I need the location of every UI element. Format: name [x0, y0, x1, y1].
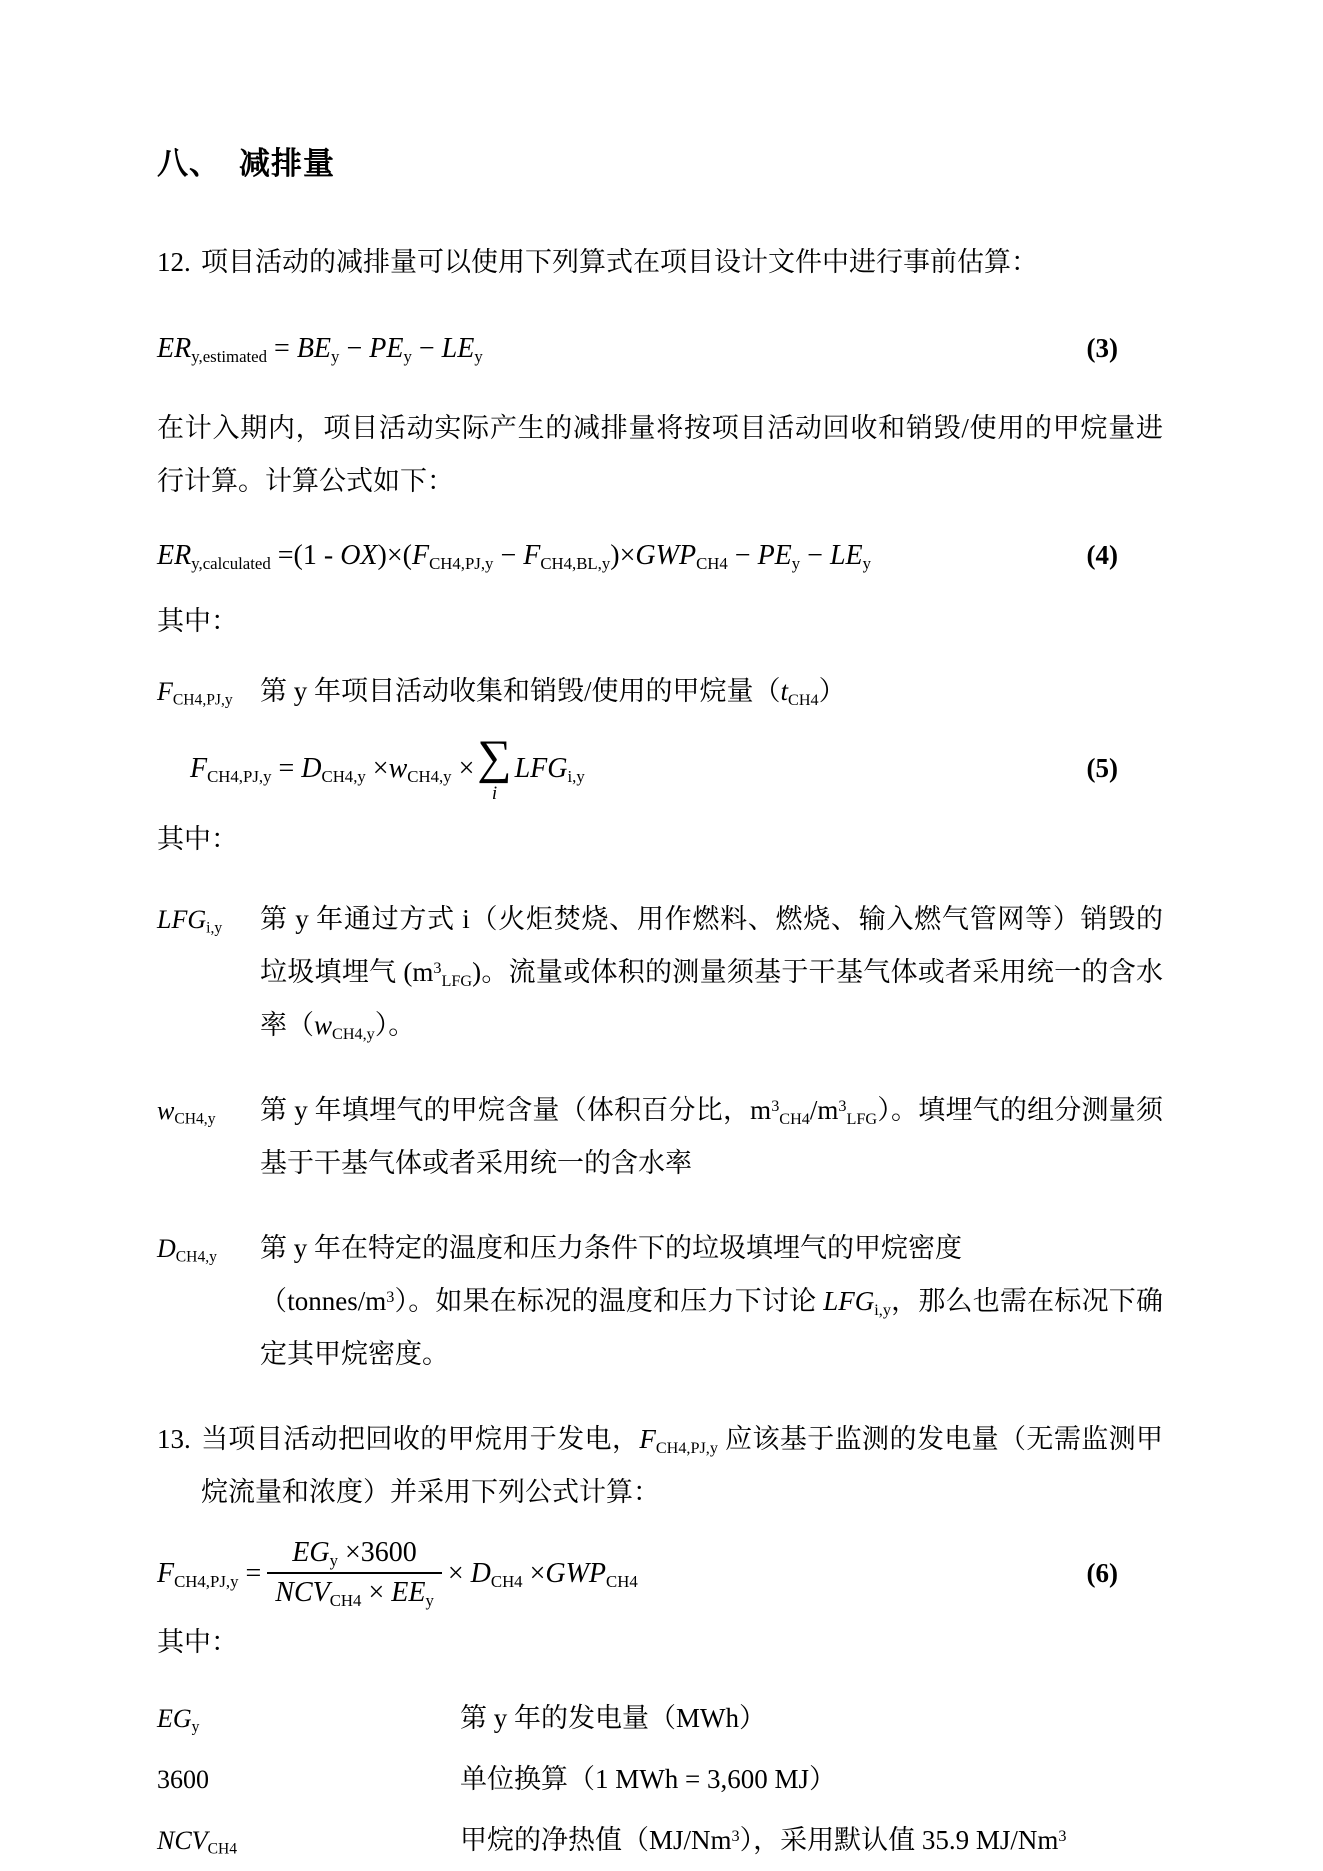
- equation-6-lhs: FCH4,PJ,y =: [157, 1556, 261, 1591]
- definition-wch4-desc: 第 y 年填埋气的甲烷含量（体积百分比，m3CH4/m3LFG）。填埋气的组分测…: [260, 1084, 1163, 1190]
- equation-4: ERy,calculated =(1 - OX)×(FCH4,PJ,y − FC…: [157, 538, 1163, 573]
- definition-wch4-term: wCH4,y: [157, 1084, 260, 1190]
- equation-3-body: ERy,estimated = BEy − PEy − LEy: [157, 331, 1087, 366]
- definition-ncv-term: NCVCH4: [157, 1814, 460, 1867]
- section-heading: 八、减排量: [157, 142, 1163, 186]
- paragraph-13: 13. 当项目活动把回收的甲烷用于发电，FCH4,PJ,y 应该基于监测的发电量…: [157, 1413, 1163, 1519]
- equation-4-number: (4): [1087, 539, 1118, 573]
- definition-fch4: FCH4,PJ,y 第 y 年项目活动收集和销毁/使用的甲烷量（tCH4）: [157, 665, 1163, 718]
- definition-lfg-term: LFGi,y: [157, 893, 260, 1052]
- fraction-denominator: NCVCH4 × EEy: [267, 1572, 442, 1611]
- paragraph-12-text: 项目活动的减排量可以使用下列算式在项目设计文件中进行事前估算：: [201, 236, 1163, 289]
- definition-ncv-desc: 甲烷的净热值（MJ/Nm3），采用默认值 35.9 MJ/Nm3: [460, 1814, 1163, 1867]
- section-number: 八、: [157, 146, 221, 181]
- definition-dch4: DCH4,y 第 y 年在特定的温度和压力条件下的垃圾填埋气的甲烷密度（tonn…: [157, 1222, 1163, 1381]
- definition-fch4-term: FCH4,PJ,y: [157, 665, 260, 718]
- equation-5-lhs: FCH4,PJ,y = DCH4,y ×wCH4,y ×: [190, 751, 474, 786]
- equation-6-rhs: × DCH4 ×GWPCH4: [448, 1556, 638, 1591]
- section-title: 减排量: [239, 146, 335, 181]
- among-label-2: 其中：: [157, 819, 1163, 859]
- document-page: 八、减排量 12. 项目活动的减排量可以使用下列算式在项目设计文件中进行事前估算…: [0, 0, 1323, 1871]
- definition-lfg: LFGi,y 第 y 年通过方式 i（火炬焚烧、用作燃料、燃烧、输入燃气管网等）…: [157, 893, 1163, 1052]
- equation-4-body: ERy,calculated =(1 - OX)×(FCH4,PJ,y − FC…: [157, 538, 1087, 573]
- definition-3600: 3600 单位换算（1 MWh = 3,600 MJ）: [157, 1753, 1163, 1806]
- summation-index: i: [492, 784, 497, 803]
- sigma-glyph: ∑: [477, 734, 511, 782]
- equation-5-rhs: LFGi,y: [515, 751, 585, 786]
- definition-fch4-desc: 第 y 年项目活动收集和销毁/使用的甲烷量（tCH4）: [260, 665, 1163, 718]
- definition-dch4-desc: 第 y 年在特定的温度和压力条件下的垃圾填埋气的甲烷密度（tonnes/m3）。…: [260, 1222, 1163, 1381]
- definition-3600-term: 3600: [157, 1753, 460, 1806]
- fraction-numerator: EGy ×3600: [284, 1535, 425, 1572]
- paragraph-between: 在计入期内，项目活动实际产生的减排量将按项目活动回收和销毁/使用的甲烷量进行计算…: [157, 402, 1163, 508]
- among-label-1: 其中：: [157, 601, 1163, 641]
- equation-3-number: (3): [1087, 332, 1118, 366]
- paragraph-13-number: 13.: [157, 1413, 201, 1519]
- equation-6-number: (6): [1087, 1557, 1118, 1591]
- definition-3600-desc: 单位换算（1 MWh = 3,600 MJ）: [460, 1753, 1163, 1806]
- definition-wch4: wCH4,y 第 y 年填埋气的甲烷含量（体积百分比，m3CH4/m3LFG）。…: [157, 1084, 1163, 1190]
- equation-6: FCH4,PJ,y = EGy ×3600 NCVCH4 × EEy × DCH…: [157, 1535, 1163, 1612]
- equation-3: ERy,estimated = BEy − PEy − LEy (3): [157, 331, 1163, 366]
- summation-symbol: ∑ i: [477, 734, 511, 803]
- equation-6-body: FCH4,PJ,y = EGy ×3600 NCVCH4 × EEy × DCH…: [157, 1535, 1087, 1612]
- definition-eg-term: EGy: [157, 1692, 460, 1745]
- equation-5-body: FCH4,PJ,y = DCH4,y ×wCH4,y × ∑ i LFGi,y: [157, 734, 1087, 803]
- definition-eg-desc: 第 y 年的发电量（MWh）: [460, 1692, 1163, 1745]
- paragraph-13-text: 当项目活动把回收的甲烷用于发电，FCH4,PJ,y 应该基于监测的发电量（无需监…: [201, 1413, 1163, 1519]
- definition-lfg-desc: 第 y 年通过方式 i（火炬焚烧、用作燃料、燃烧、输入燃气管网等）销毁的垃圾填埋…: [260, 893, 1163, 1052]
- equation-3-formula: ERy,estimated = BEy − PEy − LEy: [157, 331, 483, 366]
- paragraph-12-number: 12.: [157, 236, 201, 289]
- definition-eg: EGy 第 y 年的发电量（MWh）: [157, 1692, 1163, 1745]
- equation-5-number: (5): [1087, 752, 1118, 786]
- definition-dch4-term: DCH4,y: [157, 1222, 260, 1381]
- equation-4-formula: ERy,calculated =(1 - OX)×(FCH4,PJ,y − FC…: [157, 538, 871, 573]
- equation-5: FCH4,PJ,y = DCH4,y ×wCH4,y × ∑ i LFGi,y …: [157, 734, 1163, 803]
- fraction: EGy ×3600 NCVCH4 × EEy: [267, 1535, 442, 1612]
- among-label-3: 其中：: [157, 1622, 1163, 1662]
- paragraph-12: 12. 项目活动的减排量可以使用下列算式在项目设计文件中进行事前估算：: [157, 236, 1163, 289]
- definition-ncv: NCVCH4 甲烷的净热值（MJ/Nm3），采用默认值 35.9 MJ/Nm3: [157, 1814, 1163, 1867]
